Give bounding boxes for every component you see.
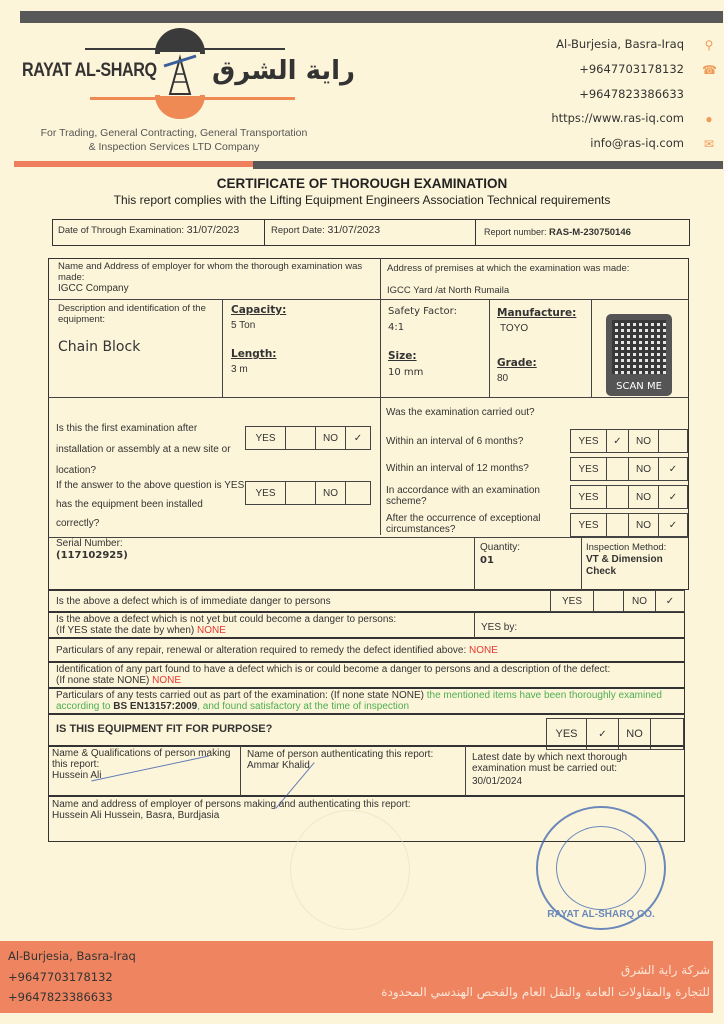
employer-of-persons-label: Name and address of employer of persons … — [52, 799, 411, 810]
quantity-label: Quantity: — [480, 542, 520, 553]
no-label: NO — [624, 591, 656, 611]
contact-website[interactable]: https://www.ras-iq.com — [551, 111, 684, 125]
authenticator-label: Name of person authenticating this repor… — [247, 749, 433, 760]
yes-checkbox[interactable]: ✓ — [587, 719, 619, 749]
footer-arabic-company: شركة راية الشرق — [621, 963, 710, 977]
grade-value: 80 — [497, 373, 508, 385]
no-checkbox[interactable]: ✓ — [656, 591, 684, 611]
next-exam-label: Latest date by which next thorough exami… — [472, 752, 657, 774]
installed-question: If the answer to the above question is Y… — [56, 476, 246, 533]
yes-checkbox[interactable] — [607, 486, 629, 508]
first-exam-yes-no: YES NO ✓ — [245, 426, 371, 450]
exceptional-question: After the occurrence of exceptional circ… — [386, 513, 566, 535]
divider — [48, 537, 689, 538]
contact-address: Al-Burjesia, Basra-Iraq — [556, 37, 684, 51]
no-checkbox[interactable]: ✓ — [659, 486, 687, 508]
certificate-subtitle: This report complies with the Lifting Eq… — [0, 193, 724, 207]
employer-value: IGCC Company — [58, 283, 129, 295]
contact-email[interactable]: info@ras-iq.com — [590, 136, 684, 150]
qr-scan-label: SCAN ME — [606, 381, 672, 392]
fit-for-purpose-question: IS THIS EQUIPMENT FIT FOR PURPOSE? — [56, 724, 272, 735]
yes-label: YES — [571, 486, 607, 508]
footer-arabic-tagline: للتجارة والمقاولات العامة والنقل العام و… — [381, 985, 710, 999]
method-label: Inspection Method: — [586, 542, 666, 553]
identification-label: Identification of any part found to have… — [56, 664, 610, 686]
qr-code-icon — [612, 320, 666, 374]
no-checkbox[interactable] — [659, 430, 687, 452]
faded-stamp — [290, 810, 410, 930]
yes-label: YES — [547, 719, 587, 749]
capacity-label: Capacity: — [231, 304, 286, 316]
company-logo-english: RAYAT AL-SHARQ — [22, 60, 157, 82]
divider — [474, 612, 475, 638]
serial-value: (117102925) — [56, 550, 128, 562]
company-tagline: For Trading, General Contracting, Genera… — [24, 126, 324, 154]
yes-label: YES — [246, 427, 286, 449]
yes-checkbox[interactable]: ✓ — [607, 430, 629, 452]
no-checkbox[interactable] — [346, 482, 370, 504]
manufacture-value: TOYO — [500, 323, 528, 335]
description-value: Chain Block — [58, 338, 140, 356]
immediate-danger-yes-no: YES NO ✓ — [550, 590, 685, 612]
header-divider-dark — [253, 161, 723, 169]
grade-label: Grade: — [497, 357, 537, 369]
safety-factor-label: Safety Factor: — [388, 306, 457, 318]
logo-gear-bottom-icon — [155, 95, 205, 119]
safety-factor-value: 4:1 — [388, 322, 404, 334]
installed-yes-no: YES NO — [245, 481, 371, 505]
tests-label: Particulars of any tests carried out as … — [56, 690, 676, 712]
yes-label: YES — [246, 482, 286, 504]
yes-label: YES — [571, 458, 607, 480]
maker-label: Name & Qualifications of person making t… — [52, 748, 237, 770]
footer-phone-1: +9647703178132 — [8, 970, 113, 984]
report-number-label: Report number: RAS-M-230750146 — [484, 227, 631, 238]
interval-12-question: Within an interval of 12 months? — [386, 463, 561, 474]
divider — [474, 537, 475, 590]
method-value: VT & Dimension Check — [586, 554, 682, 578]
no-label: NO — [629, 514, 659, 536]
manufacture-label: Manufacture: — [497, 307, 576, 319]
globe-icon: ● — [702, 112, 716, 126]
authenticator-value: Ammar Khalid — [247, 760, 310, 771]
size-label: Size: — [388, 350, 417, 362]
future-danger-question: Is the above a defect which is not yet b… — [56, 614, 396, 636]
no-label: NO — [629, 458, 659, 480]
yes-by-label: YES by: — [481, 622, 517, 633]
exam-date-label: Date of Through Examination: 31/07/2023 — [58, 225, 239, 236]
yes-label: YES — [571, 514, 607, 536]
length-value: 3 m — [231, 364, 248, 376]
employer-of-persons-value: Hussein Ali Hussein, Basra, Burdjasia — [52, 810, 219, 821]
interval-12-yes-no: YES NO ✓ — [570, 457, 688, 481]
no-checkbox[interactable]: ✓ — [659, 458, 687, 480]
immediate-danger-question: Is the above a defect which is of immedi… — [56, 596, 331, 607]
divider — [581, 537, 582, 590]
no-label: NO — [629, 486, 659, 508]
tagline-line-1: For Trading, General Contracting, Genera… — [24, 126, 324, 140]
report-date-label: Report Date: 31/07/2023 — [271, 225, 380, 236]
divider — [465, 746, 466, 796]
no-checkbox[interactable]: ✓ — [659, 514, 687, 536]
capacity-value: 5 Ton — [231, 320, 255, 332]
no-checkbox[interactable] — [651, 719, 683, 749]
first-exam-question: Is this the first examination after inst… — [56, 418, 246, 481]
no-label: NO — [619, 719, 651, 749]
quantity-value: 01 — [480, 555, 494, 567]
divider — [240, 746, 241, 796]
logo-gear-top-icon — [155, 28, 205, 54]
yes-checkbox[interactable] — [607, 514, 629, 536]
yes-checkbox[interactable] — [607, 458, 629, 480]
premises-label: Address of premises at which the examina… — [387, 263, 629, 274]
interval-6-yes-no: YES ✓ NO — [570, 429, 688, 453]
qr-code[interactable]: SCAN ME — [606, 314, 672, 396]
employer-label: Name and Address of employer for whom th… — [58, 261, 378, 283]
tagline-line-2: & Inspection Services LTD Company — [24, 140, 324, 154]
scheme-yes-no: YES NO ✓ — [570, 485, 688, 509]
premises-value: IGCC Yard /at North Rumaila — [387, 285, 509, 296]
contact-phone-2: +9647823386633 — [579, 87, 684, 101]
scheme-question: In accordance with an examination scheme… — [386, 485, 561, 507]
header-divider-orange — [14, 161, 253, 167]
length-label: Length: — [231, 348, 277, 360]
contact-phone-1: +9647703178132 — [579, 62, 684, 76]
oil-rig-icon — [160, 52, 200, 96]
size-value: 10 mm — [388, 367, 423, 379]
tests-standard: BS EN13157:2009 — [113, 701, 197, 712]
stamp-text: RAYAT AL-SHARQ CO. — [538, 909, 664, 920]
repair-value: NONE — [469, 645, 498, 656]
no-label: NO — [629, 430, 659, 452]
yes-label: YES — [551, 591, 594, 611]
description-label: Description and identification of the eq… — [58, 303, 218, 325]
no-label: NO — [316, 482, 346, 504]
company-stamp: RAYAT AL-SHARQ CO. — [536, 806, 666, 930]
repair-label: Particulars of any repair, renewal or al… — [56, 645, 498, 656]
company-logo-arabic: راية الشرق — [212, 56, 355, 86]
yes-checkbox[interactable] — [286, 482, 316, 504]
envelope-icon: ✉ — [702, 137, 716, 151]
certificate-title: CERTIFICATE OF THOROUGH EXAMINATION — [0, 176, 724, 191]
location-pin-icon: ⚲ — [702, 38, 716, 52]
carried-out-question: Was the examination carried out? — [386, 407, 535, 418]
yes-checkbox[interactable] — [594, 591, 624, 611]
next-exam-value: 30/01/2024 — [472, 776, 522, 787]
phone-icon: ☎ — [702, 63, 716, 77]
stamp-oil-rig-icon — [556, 826, 646, 910]
future-danger-value: NONE — [197, 625, 226, 636]
interval-6-question: Within an interval of 6 months? — [386, 436, 561, 447]
footer-phone-2: +9647823386633 — [8, 990, 113, 1004]
yes-checkbox[interactable] — [286, 427, 316, 449]
identification-value: NONE — [152, 675, 181, 686]
no-checkbox[interactable]: ✓ — [346, 427, 370, 449]
header-top-bar — [20, 11, 723, 23]
no-label: NO — [316, 427, 346, 449]
yes-label: YES — [571, 430, 607, 452]
exceptional-yes-no: YES NO ✓ — [570, 513, 688, 537]
footer-address: Al-Burjesia, Basra-Iraq — [8, 949, 136, 963]
serial-label: Serial Number: — [56, 538, 123, 549]
